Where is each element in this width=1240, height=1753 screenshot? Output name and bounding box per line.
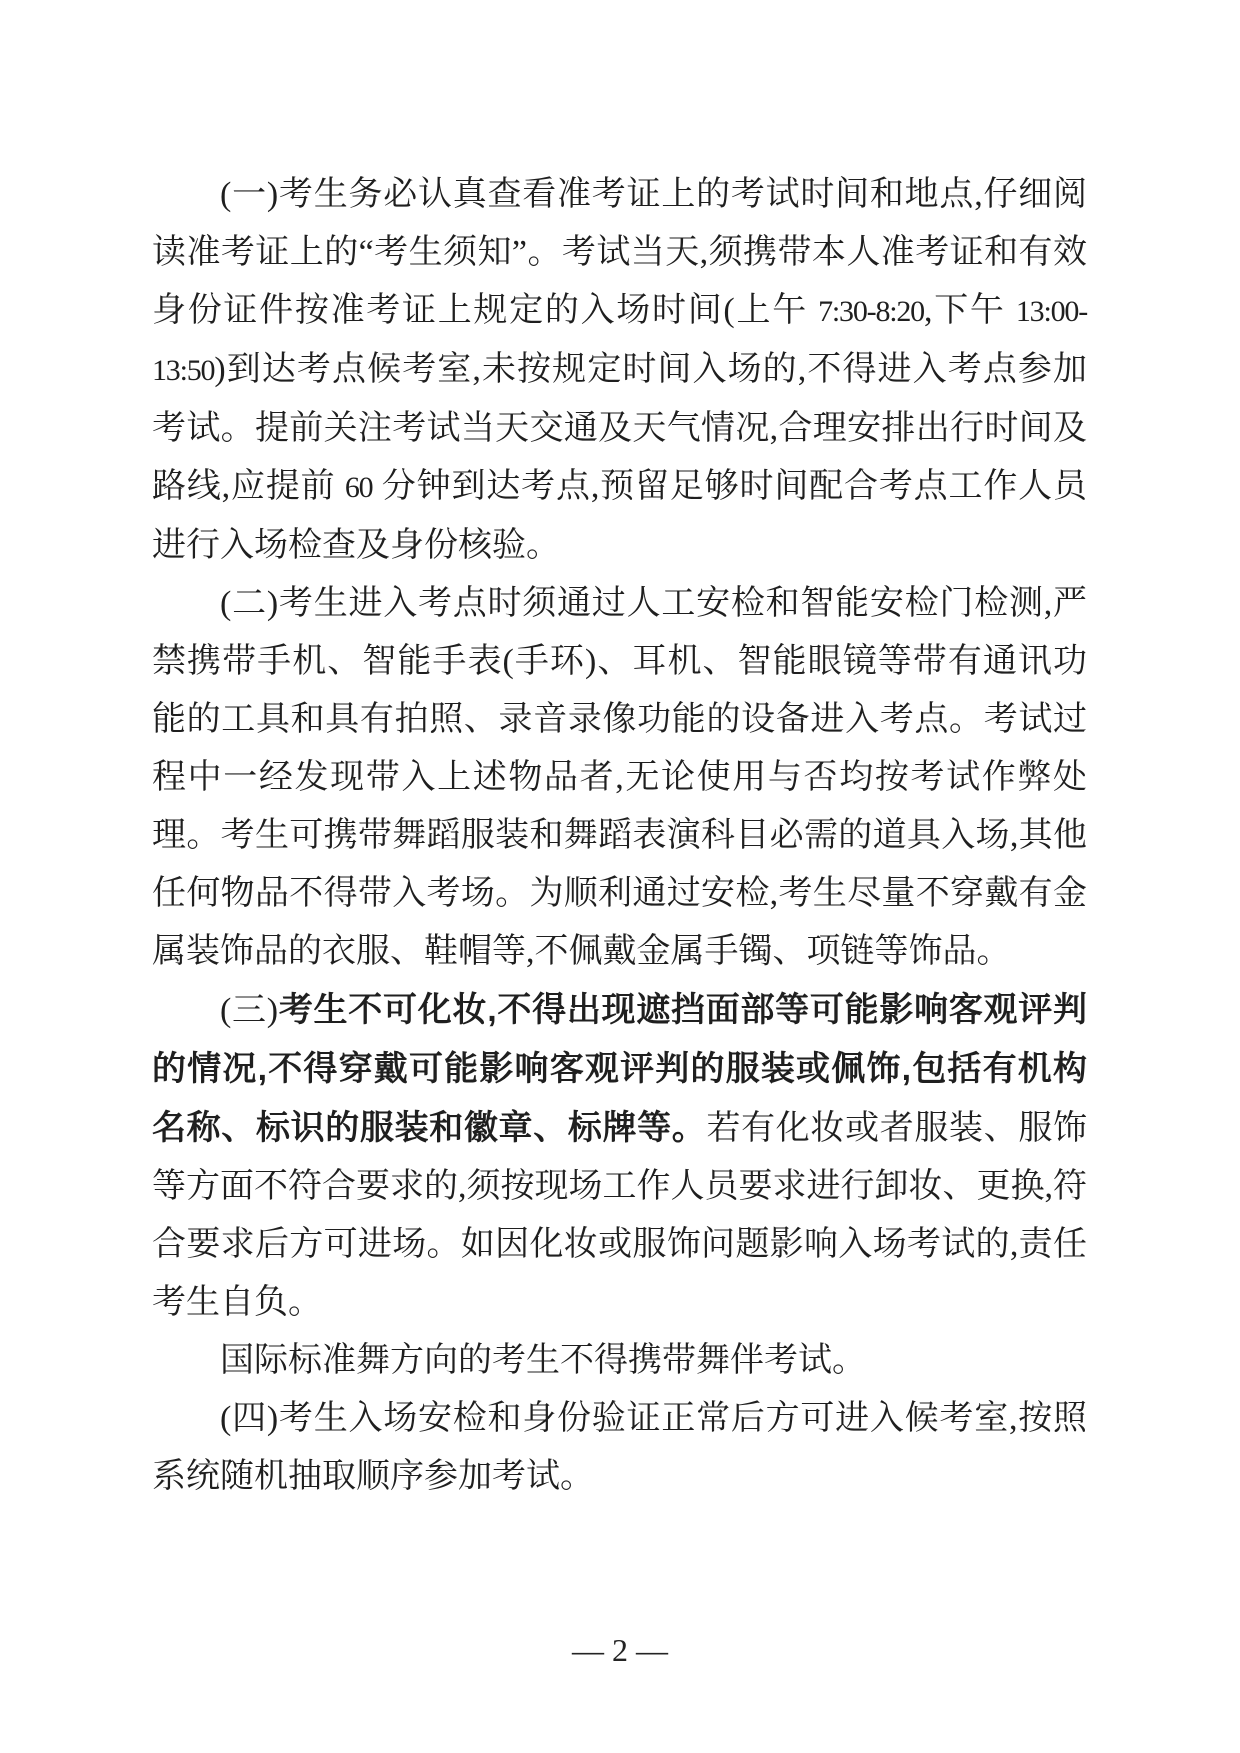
notice-body: (一)考生务必认真查看准考证上的考试时间和地点,仔细阅读准考证上的“考生须知”。… (152, 166, 1087, 1506)
morning-time-range: 7:30-8:20 (818, 295, 924, 328)
paragraph-1-text: ,下午 (924, 292, 1016, 329)
paragraph-1-entry-time: (一)考生务必认真查看准考证上的考试时间和地点,仔细阅读准考证上的“考生须知”。… (152, 166, 1087, 575)
paragraph-3-prefix: (三) (220, 992, 278, 1029)
paragraph-5-waiting-room: (四)考生入场安检和身份验证正常后方可进入候考室,按照系统随机抽取顺序参加考试。 (152, 1390, 1087, 1506)
paragraph-2-security-check: (二)考生进入考点时须通过人工安检和智能安检门检测,严禁携带手机、智能手表(手环… (152, 575, 1087, 981)
page-number: — 2 — (572, 1632, 668, 1668)
page-footer: — 2 — (0, 1628, 1240, 1672)
minutes-value: 60 (345, 471, 373, 504)
paragraph-4-dance-partner-rule: 国际标准舞方向的考生不得携带舞伴考试。 (152, 1332, 1087, 1390)
document-page: (一)考生务必认真查看准考证上的考试时间和地点,仔细阅读准考证上的“考生须知”。… (0, 0, 1240, 1753)
paragraph-3-makeup-rules: (三)考生不可化妆,不得出现遮挡面部等可能影响客观评判的情况,不得穿戴可能影响客… (152, 981, 1087, 1332)
